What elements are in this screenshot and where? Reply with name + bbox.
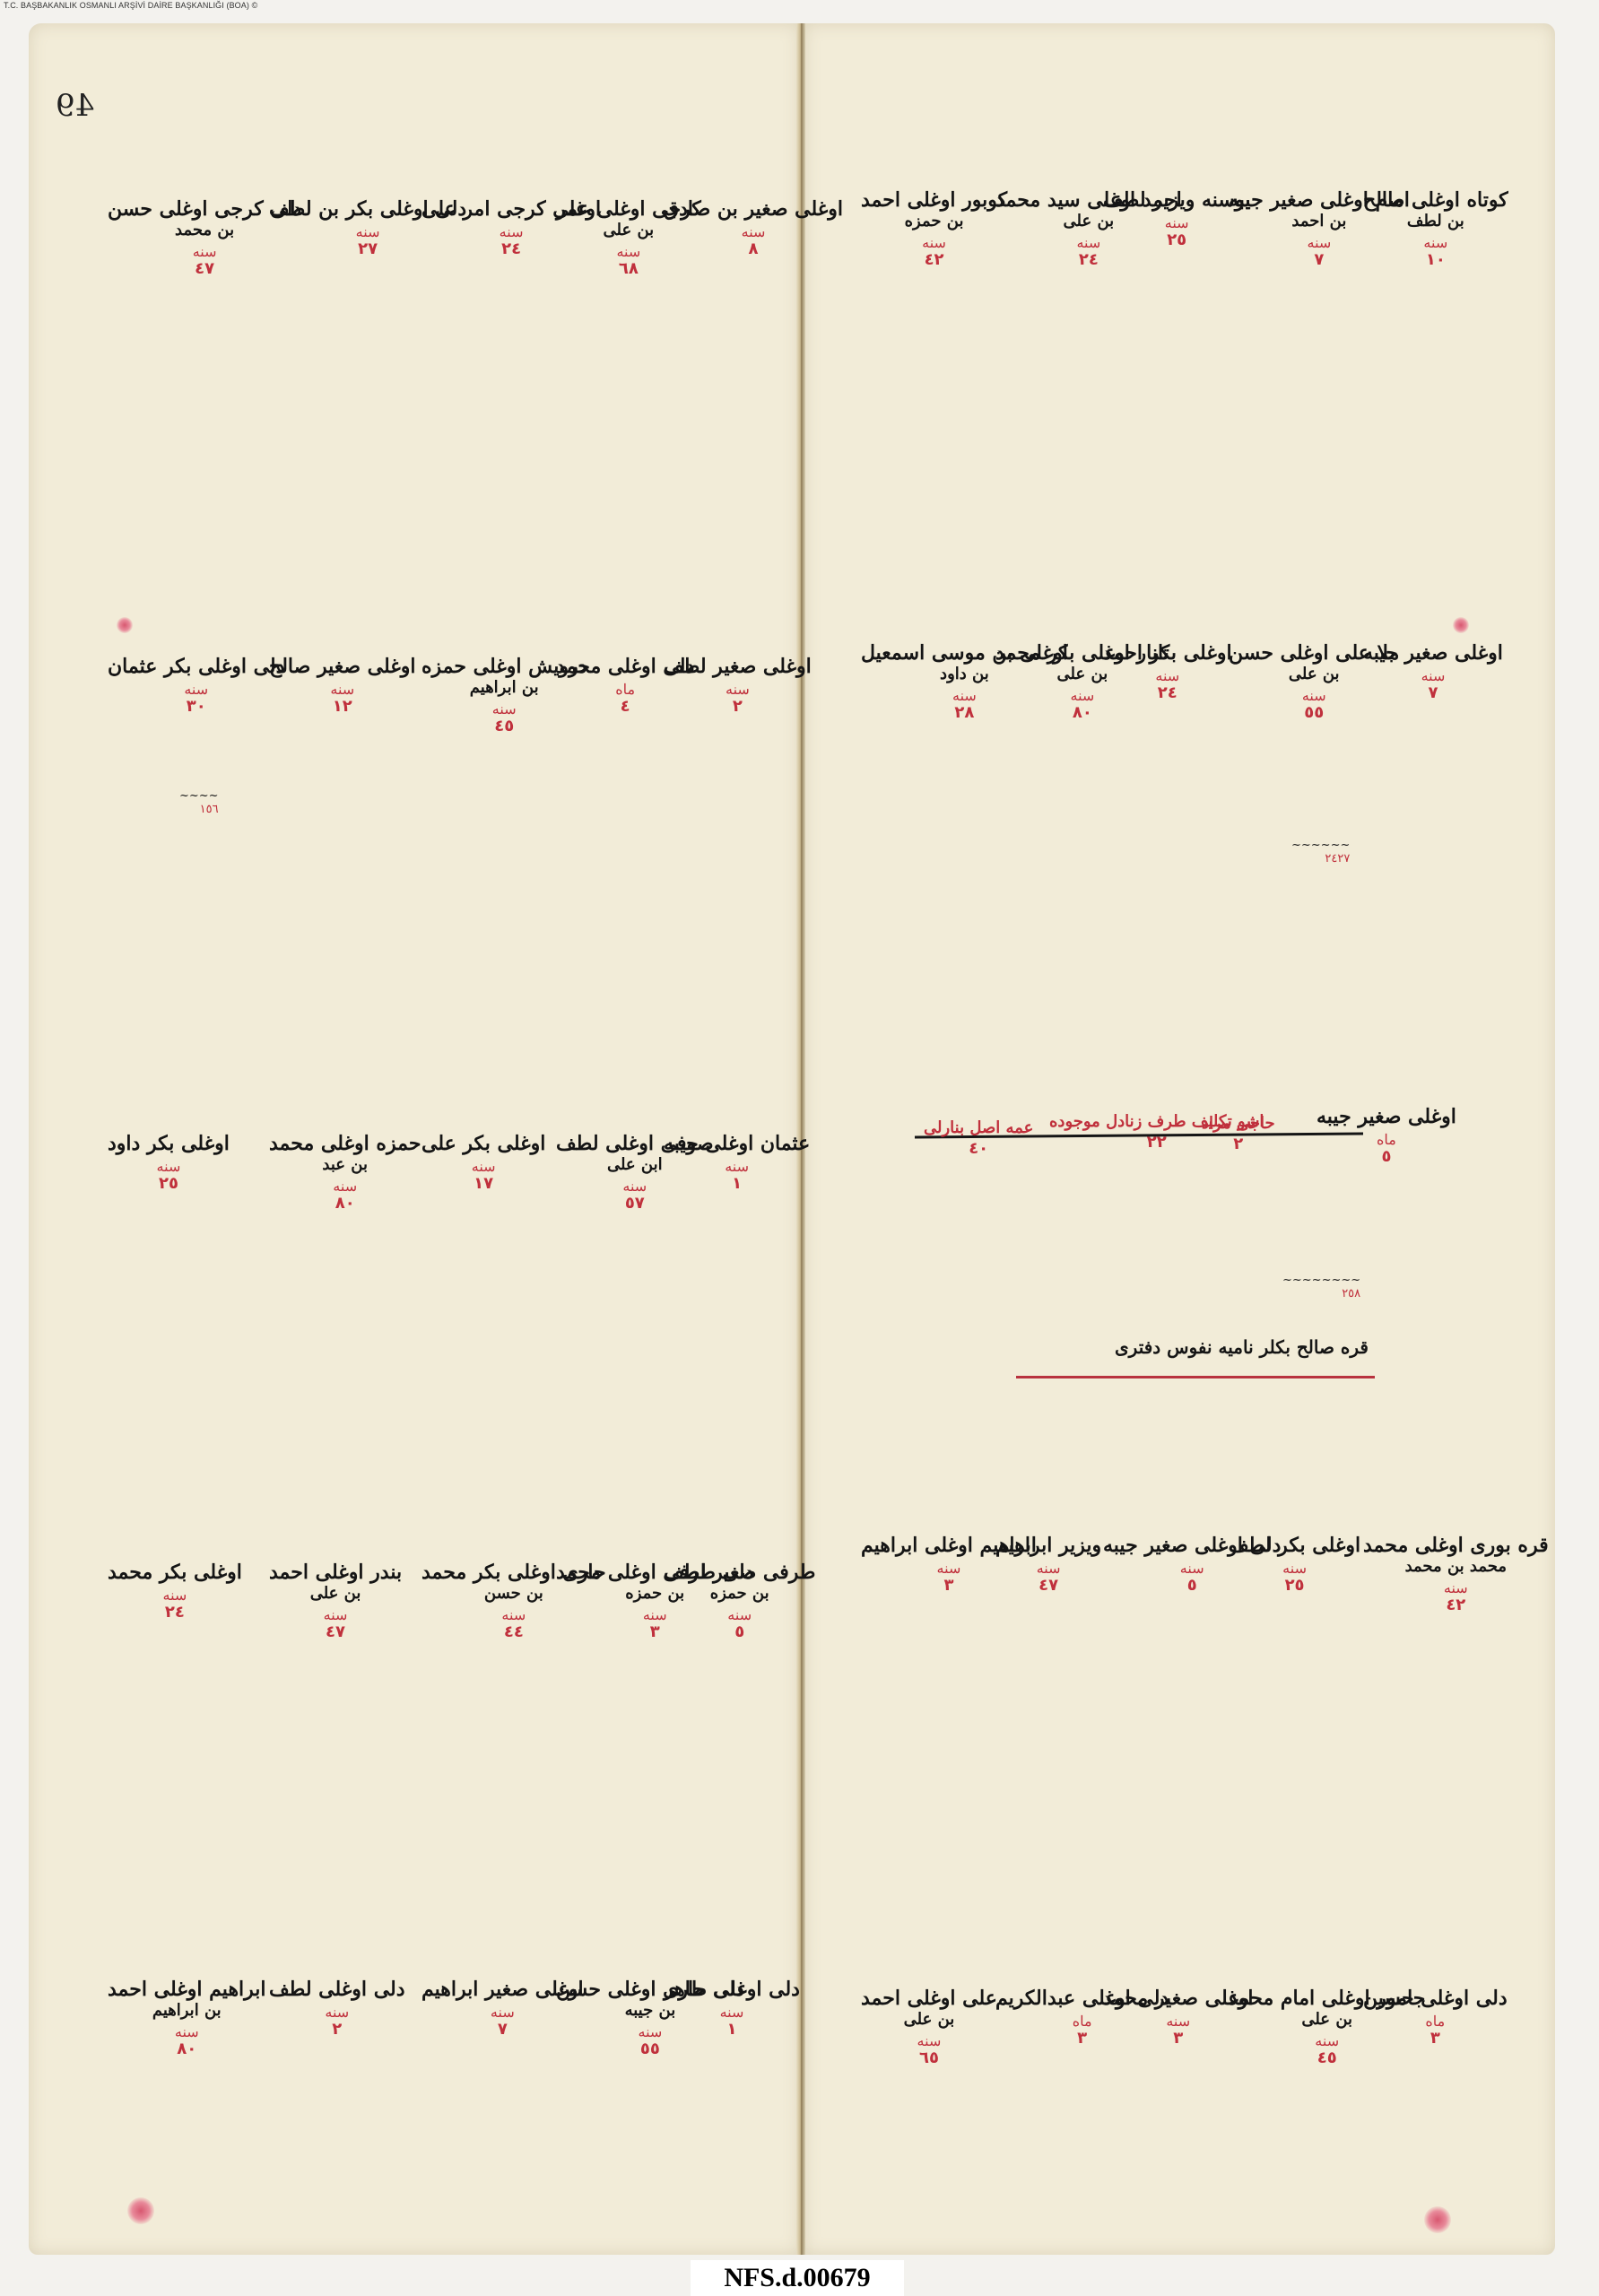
note-black-text: ~~~~~~~~ bbox=[1282, 1274, 1360, 1287]
register-entry: بندر اوغلی احمدبن علیسنه٤٧ bbox=[269, 1561, 402, 1641]
register-entry: دلی اوغلی طاهرسنه١ bbox=[664, 1978, 800, 2039]
entry-name: طرفی صغیر لطف bbox=[664, 1561, 815, 1584]
entry-name: ویزیر ابراهیم bbox=[995, 1534, 1101, 1557]
entry-name: اوغلی بکر داود bbox=[108, 1132, 230, 1155]
entry-number: ٦٨ bbox=[556, 260, 701, 278]
entry-number: ٨ bbox=[664, 240, 843, 258]
register-entry: اوغلی بکر محمدسنه٢٤ bbox=[108, 1561, 242, 1622]
archive-stamp bbox=[1453, 617, 1469, 633]
entry-name: اوغلی صغیر لطف bbox=[664, 655, 812, 678]
section-title: قره صالح بکلر نامیه نفوس دفتری bbox=[1115, 1336, 1369, 1358]
entry-label: سنه bbox=[664, 1607, 815, 1623]
entry-name: اوغلی بکر علی bbox=[421, 1132, 545, 1155]
entry-label: سنه bbox=[269, 682, 416, 698]
entry-name: دلی اوغلی حسین bbox=[1363, 1987, 1508, 2010]
register-entry: اوغلی بکر داودسنه٢٥ bbox=[108, 1132, 230, 1193]
entry-name: ابراهیم اوغلی احمد bbox=[108, 1978, 266, 2001]
entry-number: ٤٧ bbox=[995, 1577, 1101, 1595]
entry-label: سنه bbox=[108, 2024, 266, 2040]
entry-number: ٥٧ bbox=[556, 1195, 714, 1213]
register-entry: دلی اوغلی حسینماه٣ bbox=[1363, 1987, 1508, 2048]
register-entry: کوتاه اوغلی صالحبن لطفسنه١٠ bbox=[1363, 188, 1508, 269]
note-number: ٢٤٢٧ bbox=[1291, 852, 1350, 865]
entry-subname: بن عبد bbox=[269, 1155, 421, 1175]
entry-number: ٤٧ bbox=[269, 1623, 402, 1641]
entry-subname: بن علی bbox=[269, 1584, 402, 1604]
entry-label: سنه bbox=[664, 682, 812, 698]
entry-number: ١٧ bbox=[421, 1175, 545, 1193]
ruled-entry-item: اشو تکلیف طرف زنادل موجوده ٢٢ bbox=[1049, 1110, 1264, 1152]
entry-subname: بن علی bbox=[861, 2010, 997, 2030]
register-entry: ابراهیم اوغلی احمدبن ابراهیمسنه٨٠ bbox=[108, 1978, 266, 2058]
entry-name: اوغلی بکر محمد bbox=[108, 1561, 242, 1584]
entry-number: ٨٠ bbox=[269, 1195, 421, 1213]
entry-number: ٥٥ bbox=[1229, 704, 1399, 722]
entry-name: عثمان اوغلی جیبه bbox=[664, 1132, 810, 1155]
entry-number: ١ bbox=[664, 2021, 800, 2039]
entry-number: ١٠ bbox=[1363, 251, 1508, 269]
register-entry: اوغلی بکر احمدسنه٢٤ bbox=[1103, 641, 1232, 702]
entry-label: ماه bbox=[1317, 1132, 1456, 1148]
entry-label: سنه bbox=[421, 1159, 545, 1175]
entry-label: سنه bbox=[995, 1561, 1101, 1577]
archive-credit: T.C. BAŞBAKANLIK OSMANLI ARŞİVİ DAİRE BA… bbox=[4, 1, 257, 10]
entry-label: سنه bbox=[269, 2005, 405, 2021]
entry-name: کوتاه اوغلی صالح bbox=[1363, 188, 1508, 212]
register-entry: دلی اوغلی بکر عثمانسنه٣٠ bbox=[108, 655, 284, 716]
archive-stamp bbox=[117, 617, 133, 633]
entry-name: حمزه اوغلی محمد bbox=[269, 1132, 421, 1155]
entry-name: علی اوغلی احمد bbox=[861, 1987, 997, 2010]
entry-name: قره بوری اوغلی محمد bbox=[1363, 1534, 1549, 1557]
entry-number: ٤٥ bbox=[421, 717, 587, 735]
entry-number: ٢٤ bbox=[108, 1604, 242, 1622]
entry-label: سنه bbox=[269, 1178, 421, 1195]
register-entry: کوبور اوغلی احمدبن حمزهسنه٤٢ bbox=[861, 188, 1007, 269]
entry-label: سنه bbox=[664, 1159, 810, 1175]
entry-number: ٤٥ bbox=[1229, 2049, 1425, 2067]
entry-label: سنه bbox=[108, 1159, 230, 1175]
entry-label: سنه bbox=[1229, 1561, 1360, 1577]
entry-number: ٥ bbox=[664, 1623, 815, 1641]
entry-label: سنه bbox=[861, 2033, 997, 2049]
entry-number: ٢٤ bbox=[995, 251, 1182, 269]
entry-name: بندر اوغلی احمد bbox=[269, 1561, 402, 1584]
register-entry: اوغلی بکر لطفسنه٢٥ bbox=[1229, 1534, 1360, 1595]
marginal-note: ~~~~~~~~ ٢٥٨ bbox=[1282, 1274, 1360, 1300]
register-entry: اوغلی صغیر جیبهسنه٧ bbox=[1363, 641, 1503, 702]
entry-number: ٤٢ bbox=[861, 251, 1007, 269]
entry-name: اوغلی صغیر جیبه bbox=[1363, 641, 1503, 665]
entry-number: ١ bbox=[664, 1175, 810, 1193]
entry-number: ٧ bbox=[1363, 684, 1503, 702]
entry-number: ٢٥ bbox=[1229, 1577, 1360, 1595]
entry-number: ٥ bbox=[1317, 1148, 1456, 1166]
entry-number: ٢٥ bbox=[108, 1175, 230, 1193]
entry-subname: بن لطف bbox=[1363, 212, 1508, 231]
entry-number: ٥٥ bbox=[556, 2040, 744, 2058]
register-entry: قره بوری اوغلی محمدمحمد بن محمدسنه٤٢ bbox=[1363, 1534, 1549, 1614]
entry-number: ٤٧ bbox=[108, 260, 301, 278]
entry-number: ١٢ bbox=[269, 698, 416, 716]
note-number: ١٥٦ bbox=[179, 803, 219, 816]
entry-name: دلی اوغلی طاهر bbox=[664, 1978, 800, 2001]
entry-label: سنه bbox=[664, 2005, 800, 2021]
register-entry: اوغلی بکر علیسنه١٧ bbox=[421, 1132, 545, 1193]
entry-name: کوبور اوغلی احمد bbox=[861, 188, 1007, 212]
entry-label: سنه bbox=[108, 1587, 242, 1604]
folio-number: 49 bbox=[56, 88, 94, 124]
register-entry: طرفی صغیر لطفبن حمزهسنه٥ bbox=[664, 1561, 815, 1641]
entry-number: ٦٥ bbox=[861, 2049, 997, 2067]
ruled-entry-item: عمه اصل بنارلی ٤٠ bbox=[924, 1117, 1033, 1158]
entry-label: سنه bbox=[1363, 668, 1503, 684]
entry-number: ٣٠ bbox=[108, 698, 284, 716]
entry-number: ٨٠ bbox=[108, 2040, 266, 2058]
register-entry: عثمان اوغلی جیبهسنه١ bbox=[664, 1132, 810, 1193]
ruled-entry-item: اوغلی صغیر جیبه ماه ٥ bbox=[1317, 1105, 1456, 1166]
entry-number: ٣ bbox=[1363, 2030, 1508, 2048]
catalog-label: NFS.d.00679 bbox=[691, 2260, 904, 2296]
entry-label: سنه bbox=[664, 224, 843, 240]
entry-label: سنه bbox=[1103, 668, 1232, 684]
register-entry: حمزه اوغلی محمدبن عبدسنه٨٠ bbox=[269, 1132, 421, 1213]
entry-number: ٢ bbox=[269, 2021, 405, 2039]
marginal-note: ~~~~ ١٥٦ bbox=[179, 789, 219, 816]
entry-number: ٤٢ bbox=[1363, 1596, 1549, 1614]
section-title-rule bbox=[1016, 1376, 1375, 1378]
register-entry: دلی اوغلی لطفسنه٢ bbox=[269, 1978, 405, 2039]
register-entry: ویزیر ابراهیمسنه٤٧ bbox=[995, 1534, 1101, 1595]
entry-label: سنه bbox=[1363, 235, 1508, 251]
register-entry: اوغلی صغیر لطفسنه٢ bbox=[664, 655, 812, 716]
entry-subname: بن حمزه bbox=[861, 212, 1007, 231]
note-number: ٢٥٨ bbox=[1282, 1287, 1360, 1300]
entry-number: ٨٠ bbox=[995, 704, 1169, 722]
archive-stamp bbox=[127, 2197, 154, 2224]
entry-name: عمه اصل بنارلی bbox=[924, 1117, 1033, 1140]
entry-name: اوغلی صغیر بن صادق bbox=[664, 197, 843, 221]
entry-label: ماه bbox=[1363, 2013, 1508, 2030]
entry-label: سنه bbox=[1363, 1580, 1549, 1596]
archive-stamp bbox=[1424, 2206, 1451, 2233]
entry-name: اوغلی صغیر جیبه bbox=[1317, 1105, 1456, 1128]
entry-label: سنه bbox=[861, 235, 1007, 251]
marginal-note: ~~~~~~ ٢٤٢٧ bbox=[1291, 839, 1350, 865]
entry-number: ٢ bbox=[664, 698, 812, 716]
note-black-text: ~~~~~~ bbox=[1291, 839, 1350, 852]
entry-label: سنه bbox=[108, 682, 284, 698]
register-entry: علی اوغلی احمدبن علیسنه٦٥ bbox=[861, 1987, 997, 2067]
note-black-text: ~~~~ bbox=[179, 789, 219, 803]
entry-name: اوغلی بکر احمد bbox=[1103, 641, 1232, 665]
entry-name: دلی اوغلی بکر عثمان bbox=[108, 655, 284, 678]
entry-label: سنه bbox=[269, 1607, 402, 1623]
entry-name: اشو تکلیف طرف زنادل موجوده bbox=[1049, 1110, 1264, 1134]
register-entry: اوغلی صغیر صالحسنه١٢ bbox=[269, 655, 416, 716]
entry-subname: محمد بن محمد bbox=[1363, 1557, 1549, 1577]
entry-number: ٢٤ bbox=[1103, 684, 1232, 702]
entry-number: ٤٠ bbox=[924, 1140, 1033, 1158]
entry-name: اوغلی صغیر صالح bbox=[269, 655, 416, 678]
entry-subname: بن ابراهیم bbox=[108, 2001, 266, 2021]
entry-name: اوغلی بکر لطف bbox=[1229, 1534, 1360, 1557]
register-entry: اوغلی صغیر بن صادقسنه٨ bbox=[664, 197, 843, 258]
entry-number: ٢٢ bbox=[1049, 1134, 1264, 1152]
entry-name: دلی اوغلی لطف bbox=[269, 1978, 405, 2001]
entry-subname: بن حمزه bbox=[664, 1584, 815, 1604]
